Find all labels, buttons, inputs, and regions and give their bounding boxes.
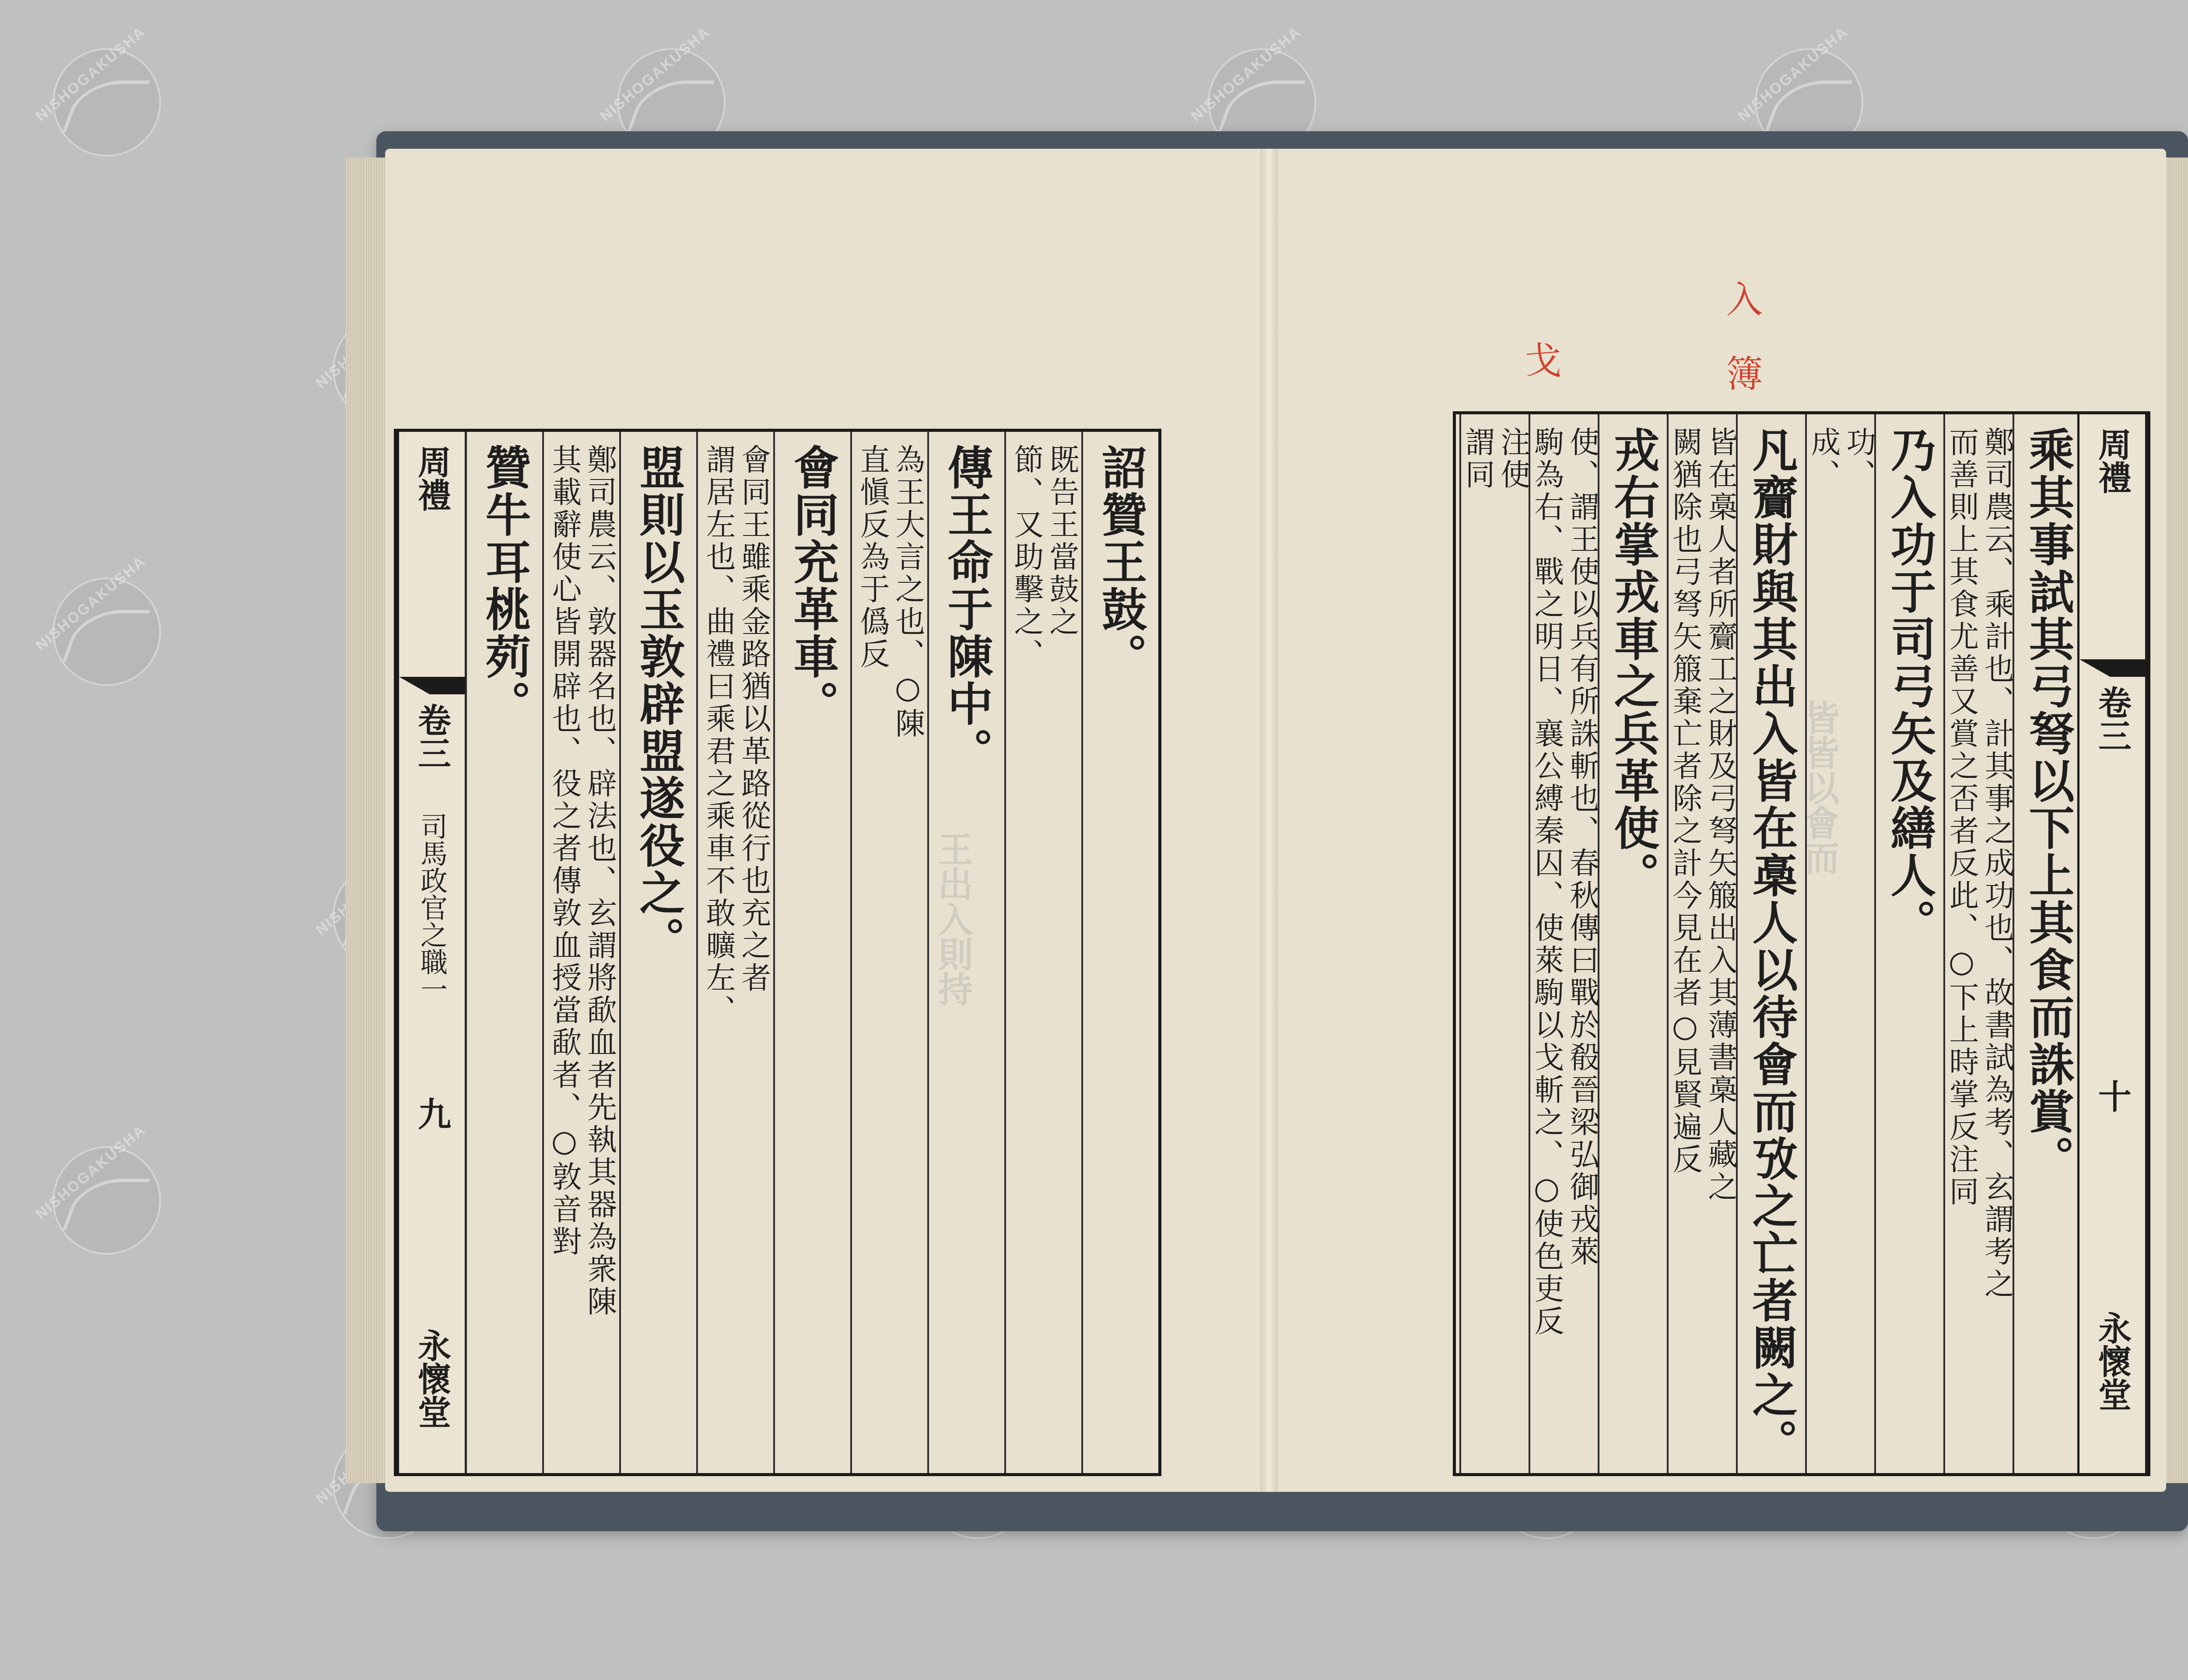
text-column: 既告王當鼓之節、又助擊之、 [1004,432,1081,1473]
commentary-text: 節、又助擊之、 [1010,444,1042,1473]
main-text: 凡齎財與其出入皆在槀人以待會而攷之亡者闕之。 [1747,427,1795,1473]
text-column: 功、成、 [1805,414,1874,1473]
text-column: 會同王雖乘金路猶以革路從行也充之者謂居左也、曲禮曰乘君之乘車不敢曠左、 [696,432,773,1473]
text-column: 會同充革車。 [773,432,850,1473]
commentary-text: 成、 [1806,427,1839,1473]
commentary-text: 鄭司農云、敦器名也、辟法也、玄謂將歃血者先執其器為衆陳 [583,444,616,1473]
text-column: 使、謂王使以兵有所誅斬也、春秋傳曰戰於殽晉梁弘御戎萊駒為右、戰之明日、襄公縛秦囚… [1529,414,1598,1473]
text-column: 鄭司農云、乘計也、計其事之成功也、故書試為考、玄謂考之而善則上其食尤善又賞之否者… [1943,414,2013,1473]
commentary-text: 使、謂王使以兵有所誅斬也、春秋傳曰戰於殽晉梁弘御戎萊 [1565,427,1598,1473]
commentary-text: 鄭司農云、乘計也、計其事之成功也、故書試為考、玄謂考之 [1980,427,2013,1473]
commentary-text: 其載辭使心皆開辟也、役之者傳敦血授當歃者、○敦音對 [547,444,580,1473]
banxin-volume: 卷三 [408,703,456,770]
commentary-text: 謂居左也、曲禮曰乘君之乘車不敢曠左、 [701,444,734,1473]
text-column: 乃入功于司弓矢及繕人。 [1874,414,1943,1473]
text-column: 乘其事試其弓弩以下上其食而誅賞。 [2013,414,2082,1473]
book-gutter [1260,149,1278,1492]
main-text: 乘其事試其弓弩以下上其食而誅賞。 [2024,427,2072,1473]
main-text: 會同充革車。 [789,444,836,1473]
fishtail-mark [399,677,465,694]
banxin-chapter: 司馬政官之職一 [413,812,452,1002]
text-column: 戎右掌戎車之兵革使。 [1598,414,1667,1473]
right-banxin: 周禮 卷三 十 永懷堂 [2077,414,2147,1473]
commentary-text: 皆在槀人者所齎工之財及弓弩矢箙出入其薄書槀人藏之 [1704,427,1736,1473]
banxin-publisher: 永懷堂 [2089,1311,2136,1411]
commentary-text: 直愼反為于僞反 [856,444,888,1473]
text-column: 注使謂同 [1459,414,1529,1473]
main-text: 贊牛耳桃茢。 [480,444,528,1473]
text-column: 詔贊王鼓。 [1081,432,1158,1473]
main-text: 詔贊王鼓。 [1097,444,1144,1473]
text-column: 盟則以玉敦辟盟遂役之。 [619,432,696,1473]
left-banxin: 周禮 卷三 司馬政官之職一 九 永懷堂 [397,432,467,1473]
left-text-columns: 詔贊王鼓。既告王當鼓之節、又助擊之、傳王命于陳中。為王大言之也、○陳直愼反為于僞… [463,432,1158,1473]
commentary-text: 為王大言之也、○陳 [891,444,924,1473]
commentary-text: 駒為右、戰之明日、襄公縛秦囚、使萊駒以戈斬之、○使色吏反 [1530,427,1563,1473]
right-page-frame: 乘其事試其弓弩以下上其食而誅賞。鄭司農云、乘計也、計其事之成功也、故書試為考、玄… [1453,411,2150,1476]
main-text: 傳王命于陳中。 [943,444,990,1473]
banxin-page-number: 十 [2089,1079,2136,1113]
text-column: 贊牛耳桃茢。 [465,432,542,1473]
main-text: 乃入功于司弓矢及繕人。 [1886,427,1933,1473]
red-annotation: 入 [1715,280,1768,317]
commentary-text: 而善則上其食尤善又賞之否者反此、○下上時掌反注同 [1945,427,1978,1473]
red-annotation: 簿 [1715,354,1768,391]
commentary-text: 會同王雖乘金路猶以革路從行也充之者 [737,444,770,1473]
banxin-page-number: 九 [408,1097,456,1130]
text-column: 鄭司農云、敦器名也、辟法也、玄謂將歃血者先執其器為衆陳其載辭使心皆開辟也、役之者… [542,432,619,1473]
banxin-book-title: 周禮 [408,445,456,511]
right-text-columns: 乘其事試其弓弩以下上其食而誅賞。鄭司農云、乘計也、計其事之成功也、故書試為考、玄… [1456,414,2082,1473]
commentary-text: 既告王當鼓之 [1045,444,1078,1473]
red-annotation: 戈 [1514,341,1567,378]
banxin-publisher: 永懷堂 [408,1329,456,1428]
commentary-text: 謂同 [1461,427,1494,1473]
left-page-frame: 周禮 卷三 司馬政官之職一 九 永懷堂 詔贊王鼓。既告王當鼓之節、又助擊之、傳王… [394,429,1161,1476]
text-column: 皆在槀人者所齎工之財及弓弩矢箙出入其薄書槀人藏之闕猶除也弓弩矢箙棄亡者除之計今見… [1667,414,1736,1473]
commentary-text: 注使 [1496,427,1529,1473]
main-text: 戎右掌戎車之兵革使。 [1609,427,1657,1473]
fishtail-mark [2079,659,2145,677]
banxin-volume: 卷三 [2089,686,2136,752]
main-text: 盟則以玉敦辟盟遂役之。 [635,444,682,1473]
text-column: 凡齎財與其出入皆在槀人以待會而攷之亡者闕之。 [1736,414,1805,1473]
commentary-text: 功、 [1842,427,1875,1473]
text-column: 傳王命于陳中。 [927,432,1004,1473]
commentary-text: 闕猶除也弓弩矢箙棄亡者除之計今見在者○見賢遍反 [1668,427,1701,1473]
text-column: 為王大言之也、○陳直愼反為于僞反 [850,432,927,1473]
banxin-book-title: 周禮 [2089,427,2136,494]
